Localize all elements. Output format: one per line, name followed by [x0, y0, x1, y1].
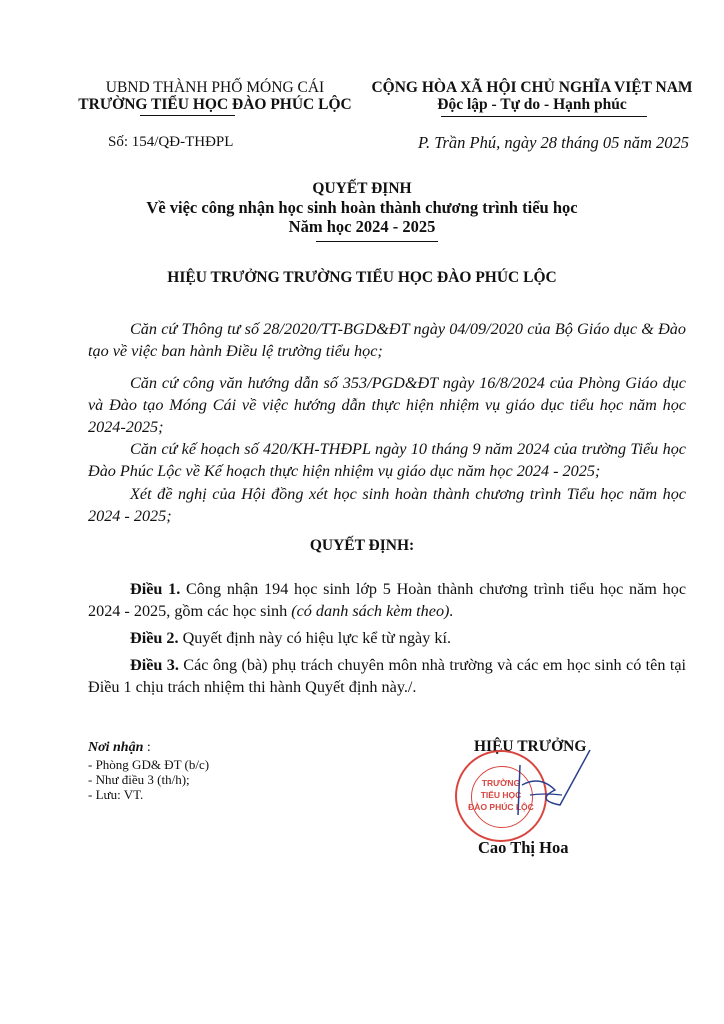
basis-4: Xét đề nghị của Hội đồng xét học sinh ho…: [88, 483, 686, 527]
school-year: Năm học 2024 - 2025: [0, 217, 724, 237]
article-2: Điều 2. Quyết định này có hiệu lực kể từ…: [88, 627, 686, 649]
document-number: Số: 154/QĐ-THĐPL: [108, 134, 233, 151]
place-date: P. Trần Phú, ngày 28 tháng 05 năm 2025: [418, 133, 689, 153]
recipient-item: - Như điều 3 (th/h);: [88, 772, 190, 788]
agency-name: UBND THÀNH PHỐ MÓNG CÁI: [62, 79, 368, 97]
national-motto: Độc lập - Tự do - Hạnh phúc: [362, 96, 702, 114]
issuing-authority: HIỆU TRƯỞNG TRƯỜNG TIỂU HỌC ĐÀO PHÚC LỘC: [0, 269, 724, 287]
basis-3: Căn cứ kế hoạch số 420/KH-THĐPL ngày 10 …: [88, 438, 686, 482]
basis-2: Căn cứ công văn hướng dẫn số 353/PGD&ĐT …: [88, 372, 686, 438]
motto-underline: [441, 116, 647, 117]
signer-name: Cao Thị Hoa: [478, 838, 568, 858]
school-underline: [140, 115, 235, 116]
title-underline: [316, 241, 438, 242]
school-name: TRƯỜNG TIỂU HỌC ĐÀO PHÚC LỘC: [62, 96, 368, 114]
recipients-title: Nơi nhận :: [88, 740, 151, 756]
signature-icon: [500, 745, 595, 835]
article-3: Điều 3. Các ông (bà) phụ trách chuyên mô…: [88, 654, 686, 698]
recipient-item: - Phòng GD& ĐT (b/c): [88, 757, 209, 773]
decision-subject: Về việc công nhận học sinh hoàn thành ch…: [0, 198, 724, 218]
recipient-item: - Lưu: VT.: [88, 787, 143, 803]
national-title: CỘNG HÒA XÃ HỘI CHỦ NGHĨA VIỆT NAM: [362, 79, 702, 97]
basis-1: Căn cứ Thông tư số 28/2020/TT-BGD&ĐT ngà…: [88, 318, 686, 362]
article-1: Điều 1. Công nhận 194 học sinh lớp 5 Hoà…: [88, 578, 686, 622]
decision-heading: QUYẾT ĐỊNH:: [0, 537, 724, 555]
decision-title: QUYẾT ĐỊNH: [0, 180, 724, 198]
